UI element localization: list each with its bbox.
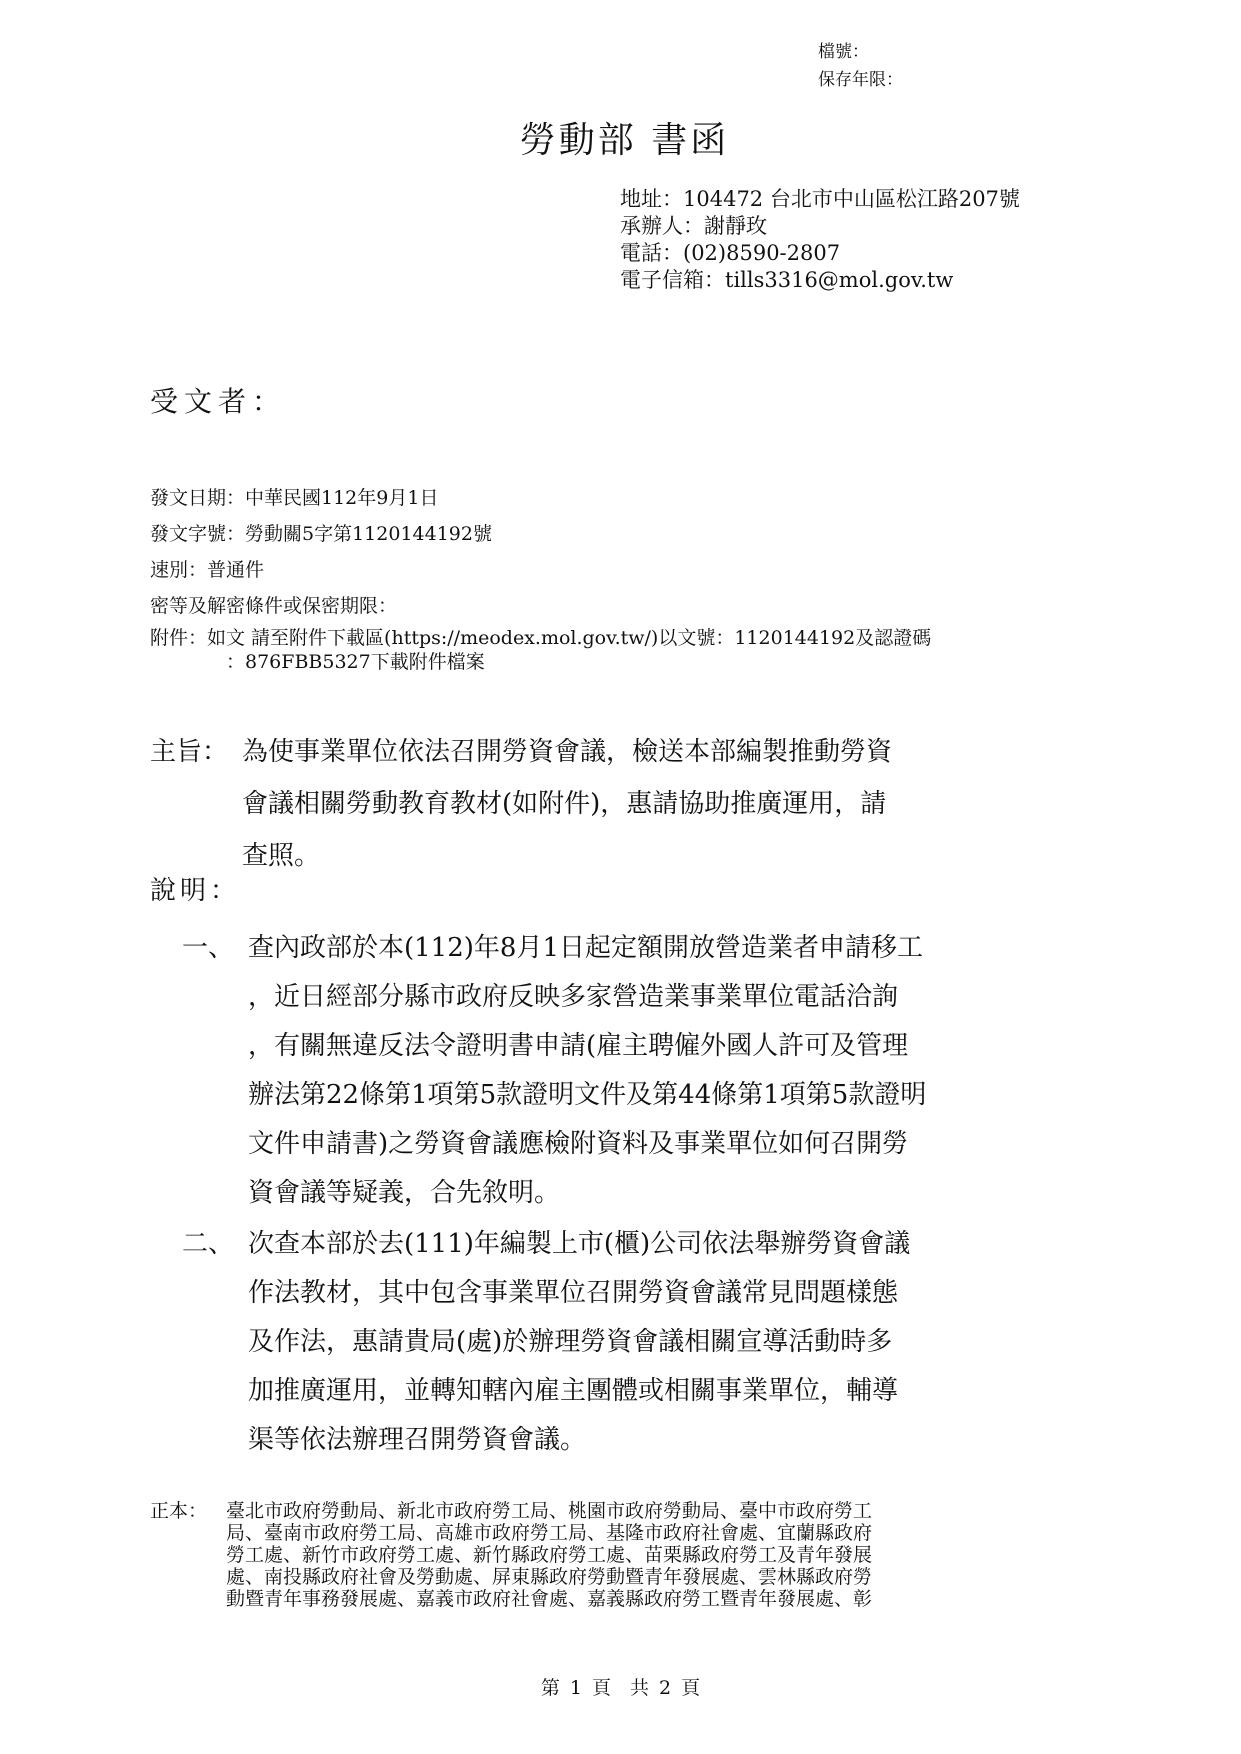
sender-info: 地址：104472 台北市中山區松江路207號 承辦人：謝靜玫 電話：(02)8… <box>620 186 1020 294</box>
subject-label: 主旨： <box>150 726 228 778</box>
item-body: 次查本部於去(111)年編製上市(櫃)公司依法舉辦勞資會議 作法教材，其中包含事… <box>248 1220 910 1465</box>
document-number: 發文字號：勞動關5字第1120144192號 <box>150 516 931 552</box>
retention-period-label: 保存年限： <box>818 66 903 94</box>
file-number-label: 檔號： <box>818 38 903 66</box>
contact-phone: 電話：(02)8590-2807 <box>620 240 1020 267</box>
cc-label: 正本： <box>150 1500 207 1522</box>
classification: 密等及解密條件或保密期限： <box>150 588 931 624</box>
item-line: 及作法，惠請貴局(處)於辦理勞資會議相關宣導活動時多 <box>248 1318 910 1367</box>
contact-person: 承辦人：謝靜玫 <box>620 213 1020 240</box>
item-line: 次查本部於去(111)年編製上市(櫃)公司依法舉辦勞資會議 <box>248 1220 910 1269</box>
item-line: 查內政部於本(112)年8月1日起定額開放營造業者申請移工 <box>248 924 926 973</box>
subject-line: 查照。 <box>242 830 1240 882</box>
item-line: 加推廣運用，並轉知轄內雇主團體或相關事業單位，輔導 <box>248 1367 910 1416</box>
issue-date: 發文日期：中華民國112年9月1日 <box>150 480 931 516</box>
cc-list: 臺北市政府勞動局、新北市政府勞工局、桃園市政府勞動局、臺中市政府勞工 局、臺南市… <box>226 1500 872 1610</box>
archive-fields: 檔號： 保存年限： <box>818 38 903 94</box>
delivery-speed: 速別：普通件 <box>150 552 931 588</box>
item-number: 一、 <box>182 924 234 973</box>
subject-line: 會議相關勞動教育教材(如附件)，惠請協助推廣運用，請 <box>242 778 1240 830</box>
subject-body: 為使事業單位依法召開勞資會議，檢送本部編製推動勞資 會議相關勞動教育教材(如附件… <box>242 726 1240 882</box>
cc-line: 臺北市政府勞動局、新北市政府勞工局、桃園市政府勞動局、臺中市政府勞工 <box>226 1500 872 1522</box>
attachment-line-2: ：876FBB5327下載附件檔案 <box>150 650 931 674</box>
item-line: 資會議等疑義，合先敘明。 <box>248 1169 926 1218</box>
contact-email: 電子信箱：tills3316@mol.gov.tw <box>620 267 1020 294</box>
cc-line: 局、臺南市政府勞工局、高雄市政府勞工局、基隆市政府社會處、宜蘭縣政府 <box>226 1522 872 1544</box>
attachment-line-1: 附件：如文 請至附件下載區(https://meodex.mol.gov.tw/… <box>150 626 931 650</box>
item-line: 辦法第22條第1項第5款證明文件及第44條第1項第5款證明 <box>248 1071 926 1120</box>
item-line: 作法教材，其中包含事業單位召開勞資會議常見問題樣態 <box>248 1269 910 1318</box>
item-body: 查內政部於本(112)年8月1日起定額開放營造業者申請移工 ，近日經部分縣市政府… <box>248 924 926 1218</box>
page-number: 第 1 頁 共 2 頁 <box>0 1673 1241 1700</box>
document-title: 勞動部 書函 <box>0 112 1241 163</box>
item-line: ，近日經部分縣市政府反映多家營造業事業單位電話洽詢 <box>248 973 926 1022</box>
sender-address: 地址：104472 台北市中山區松江路207號 <box>620 186 1020 213</box>
item-line: 文件申請書)之勞資會議應檢附資料及事業單位如何召開勞 <box>248 1120 926 1169</box>
recipient-label: 受文者： <box>150 380 286 420</box>
explanation-label: 說明： <box>150 870 240 907</box>
subject-line: 為使事業單位依法召開勞資會議，檢送本部編製推動勞資 <box>242 726 1240 778</box>
item-number: 二、 <box>182 1220 234 1269</box>
cc-line: 勞工處、新竹市政府勞工處、新竹縣政府勞工處、苗栗縣政府勞工及青年發展 <box>226 1544 872 1566</box>
item-line: ，有關無違反法令證明書申請(雇主聘僱外國人許可及管理 <box>248 1022 926 1071</box>
cc-line: 處、南投縣政府社會及勞動處、屏東縣政府勞動暨青年發展處、雲林縣政府勞 <box>226 1566 872 1588</box>
cc-line: 動暨青年事務發展處、嘉義市政府社會處、嘉義縣政府勞工暨青年發展處、彰 <box>226 1588 872 1610</box>
item-line: 渠等依法辦理召開勞資會議。 <box>248 1416 910 1465</box>
document-meta: 發文日期：中華民國112年9月1日 發文字號：勞動關5字第1120144192號… <box>150 480 931 674</box>
